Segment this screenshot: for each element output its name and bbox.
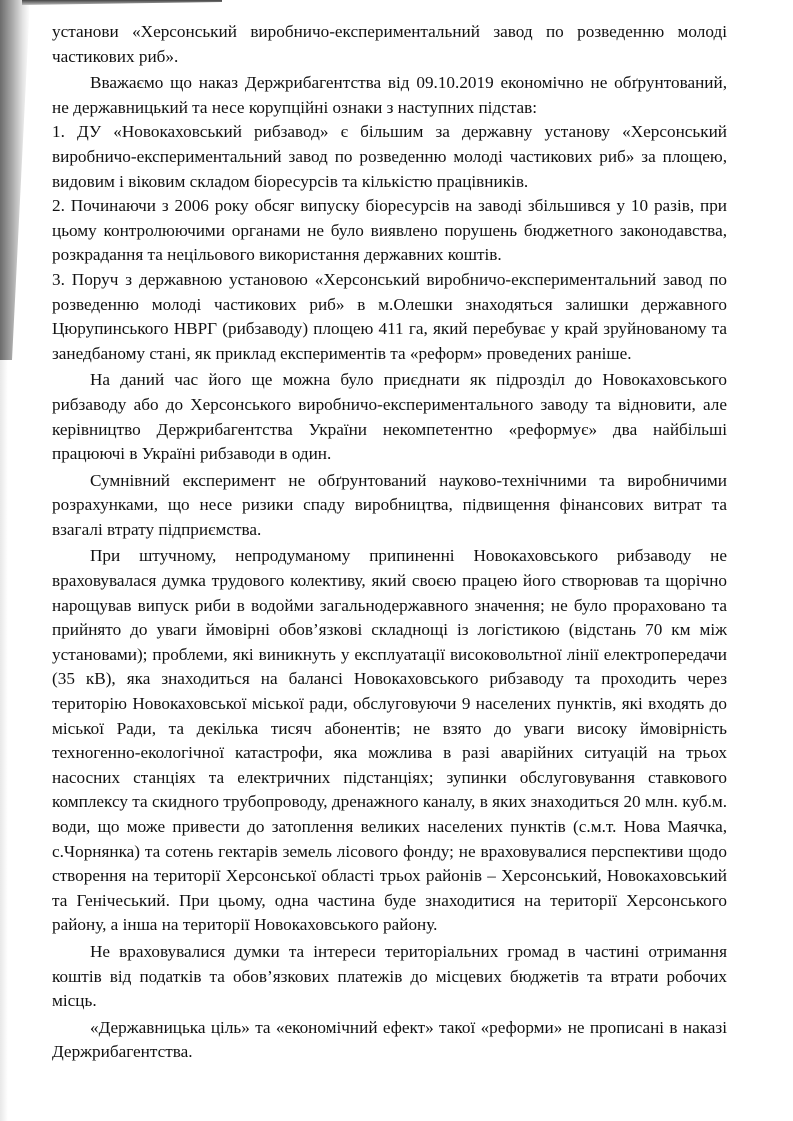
paragraph-risks: При штучному, непродуманому припиненні Н… bbox=[52, 544, 727, 938]
paragraph-experiment: Сумнівний експеримент не обґрунтований н… bbox=[52, 469, 727, 543]
document-page: установи «Херсонський виробничо-експерим… bbox=[52, 20, 727, 1065]
paragraph-conclusion: «Державницька ціль» та «економічний ефек… bbox=[52, 1016, 727, 1065]
scan-corner-shadow bbox=[0, 0, 30, 360]
paragraph-intro: Вважаємо що наказ Держрибагентства від 0… bbox=[52, 71, 727, 120]
scan-top-shadow bbox=[22, 0, 222, 5]
list-item-1: 1. ДУ «Новокаховський рибзавод» є більши… bbox=[52, 120, 727, 194]
paragraph-current-state: На даний час його ще можна було приєднат… bbox=[52, 368, 727, 466]
list-item-2: 2. Починаючи з 2006 року обсяг випуску б… bbox=[52, 194, 727, 268]
list-item-3: 3. Поруч з державною установою «Херсонсь… bbox=[52, 268, 727, 366]
paragraph-communities: Не враховувалися думки та інтереси терит… bbox=[52, 940, 727, 1014]
paragraph-continuation: установи «Херсонський виробничо-експерим… bbox=[52, 20, 727, 69]
